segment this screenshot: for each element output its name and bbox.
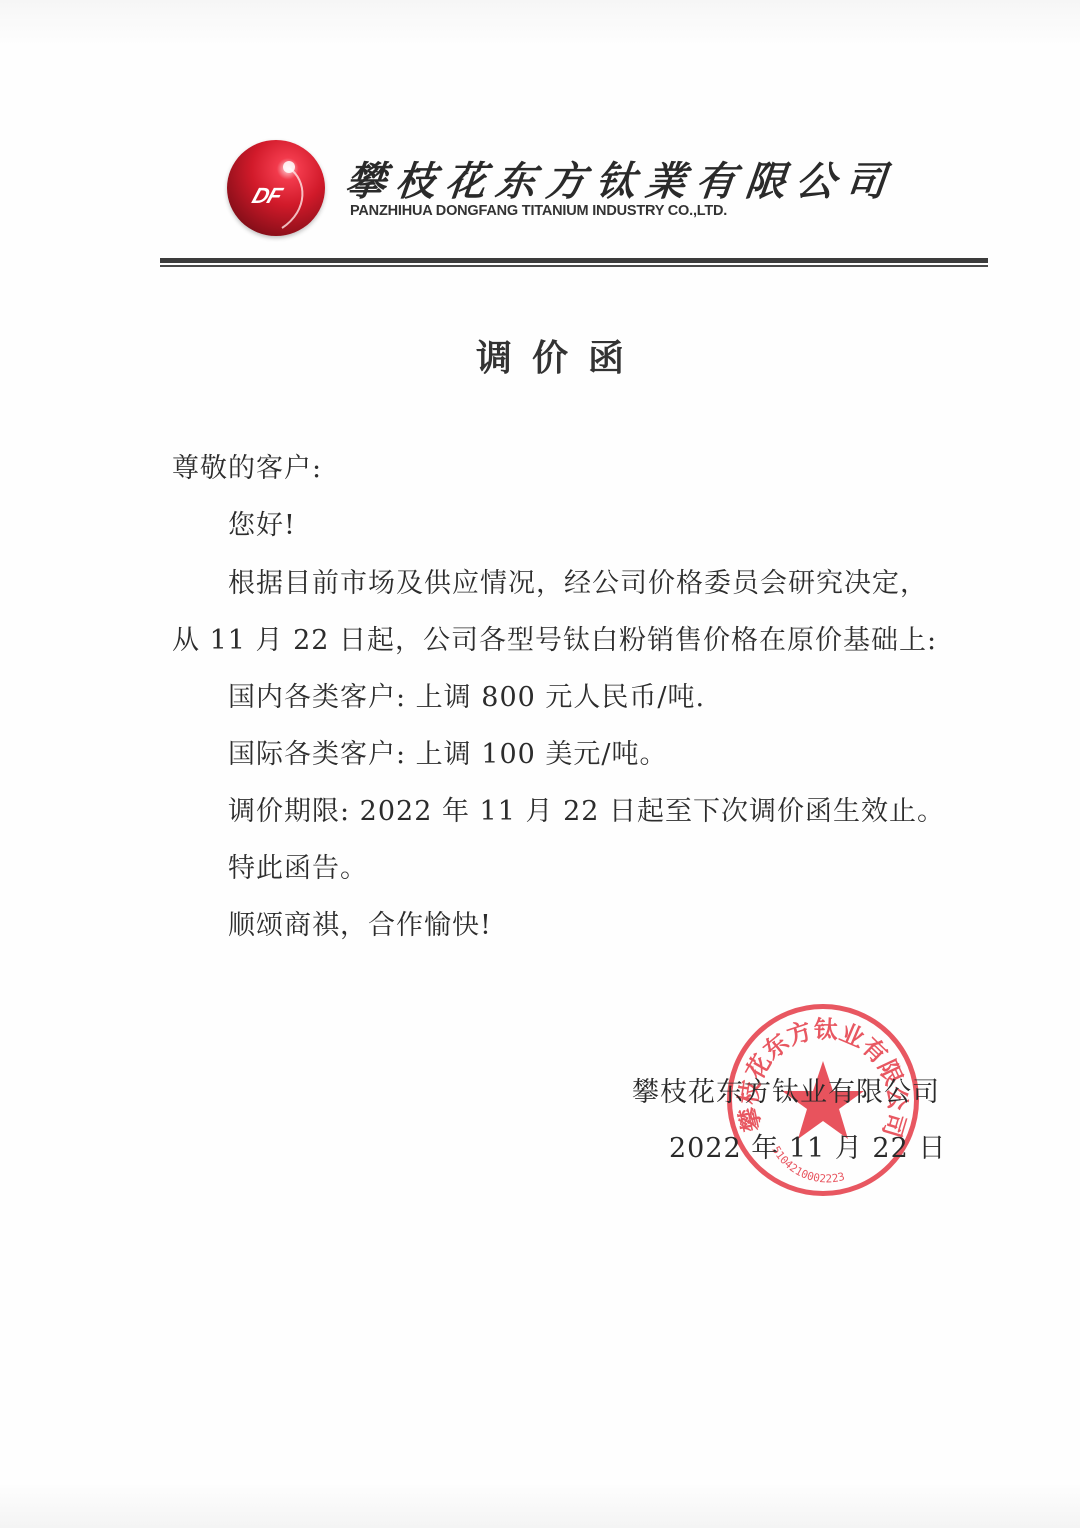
document-title: 调价函 bbox=[0, 330, 1080, 381]
validity-period-line: 调价期限: 2022 年 11 月 22 日起至下次调价函生效止。 bbox=[228, 789, 945, 828]
greeting: 您好! bbox=[228, 503, 296, 542]
header-divider-thin bbox=[160, 265, 988, 267]
body-paragraph: 从 11 月 22 日起，公司各型号钛白粉销售价格在原价基础上: bbox=[172, 618, 937, 657]
international-price-line: 国际各类客户: 上调 100 美元/吨。 bbox=[228, 732, 667, 771]
company-name-cn: 攀枝花东方钛業有限公司 bbox=[343, 150, 899, 207]
closing-line: 顺颂商祺，合作愉快! bbox=[228, 903, 492, 942]
body-paragraph: 根据目前市场及供应情况，经公司价格委员会研究决定， bbox=[228, 561, 928, 600]
salutation: 尊敬的客户: bbox=[172, 446, 322, 485]
signature-date: 2022 年 11 月 22 日 bbox=[669, 1126, 946, 1165]
notice-line: 特此函告。 bbox=[228, 846, 368, 885]
header-divider-thick bbox=[160, 258, 988, 263]
domestic-price-line: 国内各类客户: 上调 800 元人民币/吨. bbox=[228, 675, 705, 714]
company-name-en: PANZHIHUA DONGFANG TITANIUM INDUSTRY CO.… bbox=[350, 203, 727, 219]
signature-company: 攀枝花东方钛业有限公司 bbox=[632, 1070, 940, 1109]
document-page: DF 攀枝花东方钛業有限公司 PANZHIHUA DONGFANG TITANI… bbox=[0, 0, 1080, 1528]
